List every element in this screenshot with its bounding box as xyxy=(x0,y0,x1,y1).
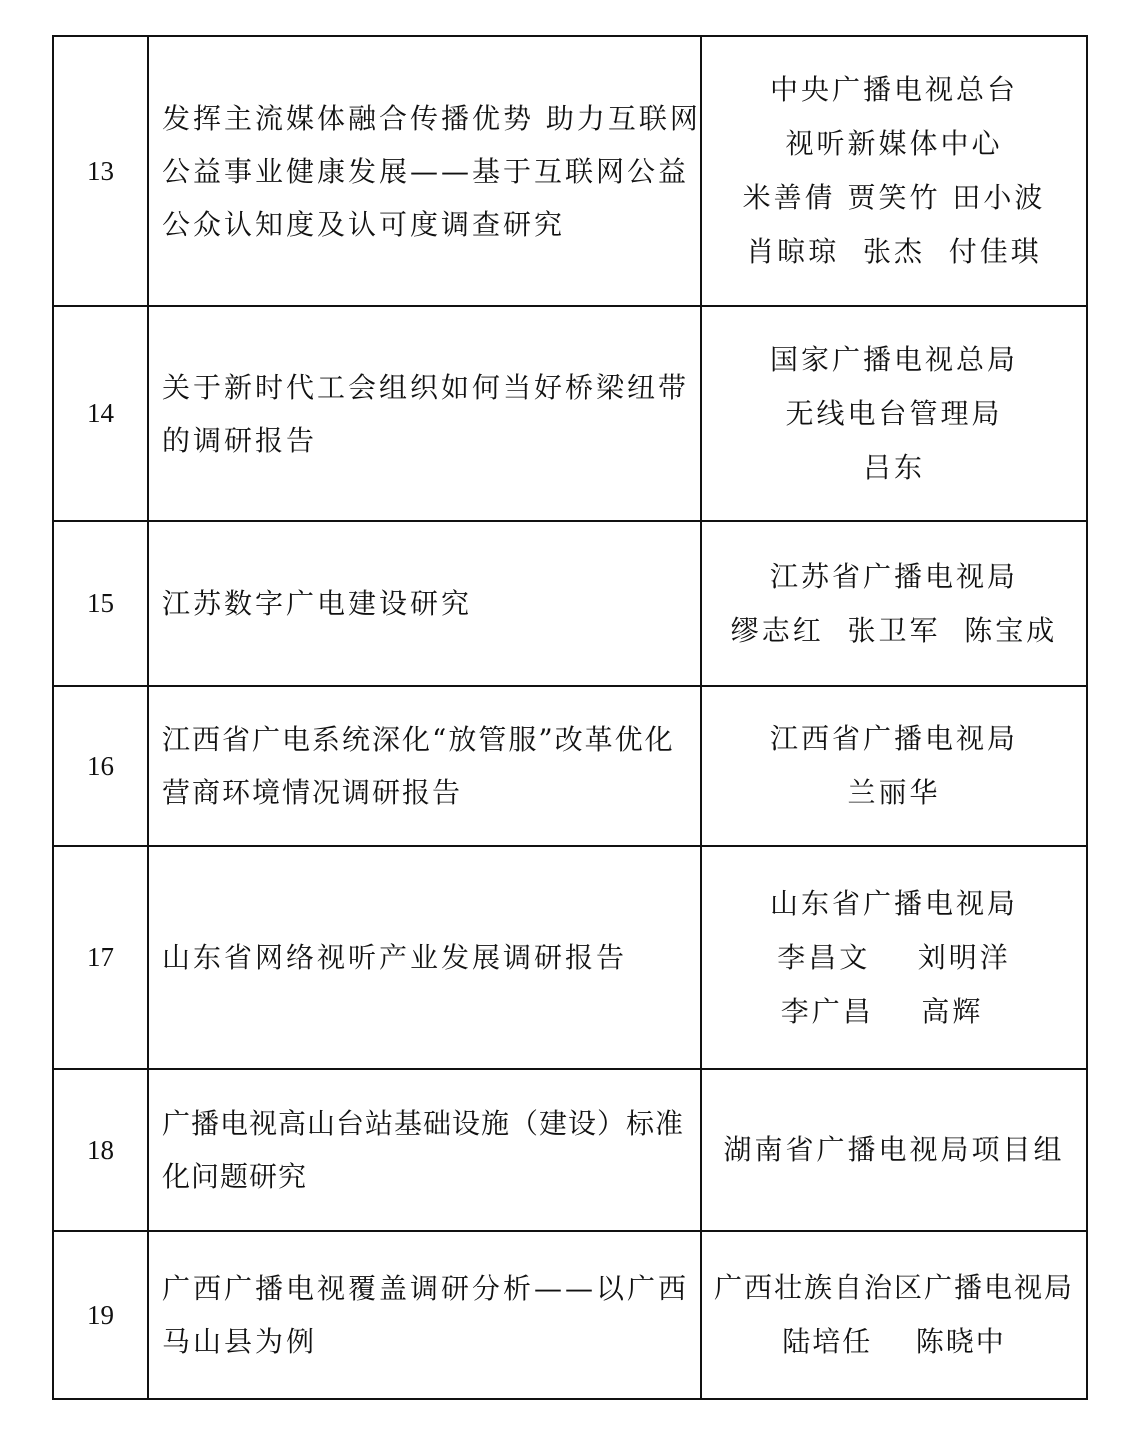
author-unit: 广西壮族自治区广播电视局 陆培任 陈晓中 xyxy=(701,1231,1087,1399)
table-row: 18 广播电视高山台站基础设施（建设）标准 化问题研究 湖南省广播电视局项目组 xyxy=(53,1069,1087,1231)
author-line: 湖南省广播电视局项目组 xyxy=(702,1123,1086,1177)
row-number: 16 xyxy=(53,686,148,846)
report-title: 广播电视高山台站基础设施（建设）标准 化问题研究 xyxy=(148,1069,701,1231)
report-title: 关于新时代工会组织如何当好桥梁纽带 的调研报告 xyxy=(148,306,701,521)
table-row: 19 广西广播电视覆盖调研分析——以广西 马山县为例 广西壮族自治区广播电视局 … xyxy=(53,1231,1087,1399)
author-line: 无线电台管理局 xyxy=(702,387,1086,441)
row-number: 19 xyxy=(53,1231,148,1399)
author-line: 国家广播电视总局 xyxy=(702,333,1086,387)
author-unit: 湖南省广播电视局项目组 xyxy=(701,1069,1087,1231)
author-line: 江西省广播电视局 xyxy=(702,712,1086,766)
report-title: 发挥主流媒体融合传播优势 助力互联网 公益事业健康发展——基于互联网公益 公众认… xyxy=(148,36,701,306)
row-number: 18 xyxy=(53,1069,148,1231)
author-line: 李昌文 刘明洋 xyxy=(702,931,1086,985)
author-line: 视听新媒体中心 xyxy=(702,117,1086,171)
title-line: 公众认知度及认可度调查研究 xyxy=(162,198,690,251)
awards-table: 13 发挥主流媒体融合传播优势 助力互联网 公益事业健康发展——基于互联网公益 … xyxy=(52,35,1088,1400)
row-number: 14 xyxy=(53,306,148,521)
row-number: 13 xyxy=(53,36,148,306)
report-title: 广西广播电视覆盖调研分析——以广西 马山县为例 xyxy=(148,1231,701,1399)
author-unit: 江苏省广播电视局 缪志红 张卫军 陈宝成 xyxy=(701,521,1087,686)
author-line: 陆培任 陈晓中 xyxy=(702,1315,1086,1369)
title-line: 关于新时代工会组织如何当好桥梁纽带 xyxy=(162,361,690,414)
title-line: 发挥主流媒体融合传播优势 助力互联网 xyxy=(162,92,690,145)
title-line: 化问题研究 xyxy=(162,1150,690,1203)
table-row: 15 江苏数字广电建设研究 江苏省广播电视局 缪志红 张卫军 陈宝成 xyxy=(53,521,1087,686)
author-unit: 中央广播电视总台 视听新媒体中心 米善倩 贾笑竹 田小波 肖晾琼 张杰 付佳琪 xyxy=(701,36,1087,306)
report-title: 江苏数字广电建设研究 xyxy=(148,521,701,686)
author-line: 广西壮族自治区广播电视局 xyxy=(702,1261,1086,1315)
author-line: 肖晾琼 张杰 付佳琪 xyxy=(702,225,1086,279)
title-line: 广西广播电视覆盖调研分析——以广西 xyxy=(162,1262,690,1315)
author-unit: 山东省广播电视局 李昌文 刘明洋 李广昌 高辉 xyxy=(701,846,1087,1069)
title-line: 江西省广电系统深化“放管服”改革优化 xyxy=(162,713,690,766)
title-line: 马山县为例 xyxy=(162,1315,690,1368)
table-row: 16 江西省广电系统深化“放管服”改革优化 营商环境情况调研报告 江西省广播电视… xyxy=(53,686,1087,846)
report-title: 山东省网络视听产业发展调研报告 xyxy=(148,846,701,1069)
title-line: 营商环境情况调研报告 xyxy=(162,766,690,819)
title-line: 江苏数字广电建设研究 xyxy=(162,577,690,630)
title-line: 山东省网络视听产业发展调研报告 xyxy=(162,931,690,984)
author-line: 山东省广播电视局 xyxy=(702,877,1086,931)
table-row: 13 发挥主流媒体融合传播优势 助力互联网 公益事业健康发展——基于互联网公益 … xyxy=(53,36,1087,306)
author-unit: 江西省广播电视局 兰丽华 xyxy=(701,686,1087,846)
row-number: 17 xyxy=(53,846,148,1069)
title-line: 公益事业健康发展——基于互联网公益 xyxy=(162,145,690,198)
author-line: 中央广播电视总台 xyxy=(702,63,1086,117)
author-line: 李广昌 高辉 xyxy=(702,985,1086,1039)
author-line: 江苏省广播电视局 xyxy=(702,550,1086,604)
author-line: 缪志红 张卫军 陈宝成 xyxy=(702,604,1086,658)
author-unit: 国家广播电视总局 无线电台管理局 吕东 xyxy=(701,306,1087,521)
table-row: 14 关于新时代工会组织如何当好桥梁纽带 的调研报告 国家广播电视总局 无线电台… xyxy=(53,306,1087,521)
report-title: 江西省广电系统深化“放管服”改革优化 营商环境情况调研报告 xyxy=(148,686,701,846)
row-number: 15 xyxy=(53,521,148,686)
table-row: 17 山东省网络视听产业发展调研报告 山东省广播电视局 李昌文 刘明洋 李广昌 … xyxy=(53,846,1087,1069)
title-line: 的调研报告 xyxy=(162,414,690,467)
author-line: 米善倩 贾笑竹 田小波 xyxy=(702,171,1086,225)
author-line: 兰丽华 xyxy=(702,766,1086,820)
title-line: 广播电视高山台站基础设施（建设）标准 xyxy=(162,1097,690,1150)
author-line: 吕东 xyxy=(702,441,1086,495)
